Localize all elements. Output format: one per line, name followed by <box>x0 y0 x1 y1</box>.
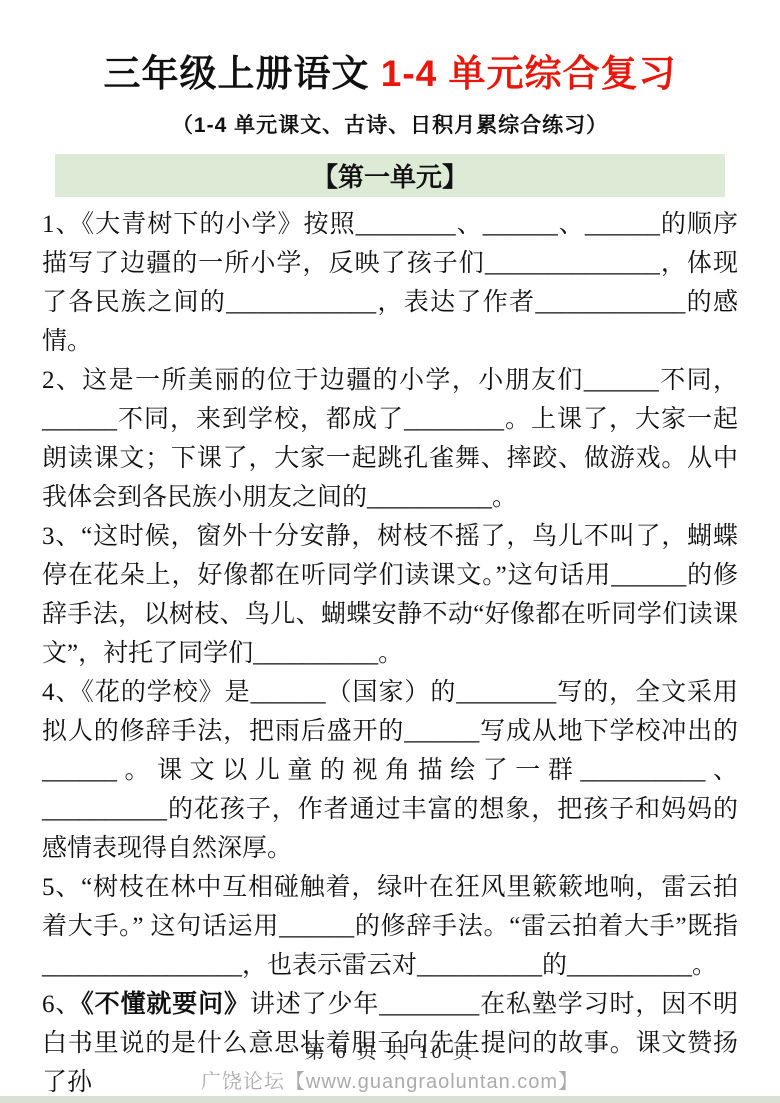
question-2: 2、这是一所美丽的位于边疆的小学，小朋友们______不同，______不同，来… <box>42 361 738 517</box>
unit-banner: 【第一单元】 <box>55 154 725 197</box>
page-subtitle: （1-4 单元课文、古诗、日积月累综合练习） <box>0 109 780 139</box>
question-3: 3、“这时候，窗外十分安静，树枝不摇了，鸟儿不叫了，蝴蝶停在花朵上，好像都在听同… <box>42 517 738 673</box>
page-title: 三年级上册语文 1-4 单元综合复习 <box>0 52 780 96</box>
question-6-book-title: 《不懂就要问》 <box>81 991 250 1018</box>
page-footer: 第 6 页 共 10 页 广饶论坛【www.guangraoluntan.com… <box>0 1035 780 1094</box>
question-4: 4、《花的学校》是______（国家）的________写的，全文采用拟人的修辞… <box>42 673 738 868</box>
page-title-red: 1-4 单元综合复习 <box>381 53 677 94</box>
page-number: 第 6 页 共 10 页 <box>0 1035 780 1064</box>
question-5: 5、“树枝在林中互相碰触着，绿叶在狂风里簌簌地响，雷云拍着大手。” 这句话运用_… <box>42 868 738 985</box>
questions-list: 1、《大青树下的小学》按照________、______、______的顺序描写… <box>0 197 780 1102</box>
bottom-strip-decoration <box>0 1096 780 1103</box>
question-1: 1、《大青树下的小学》按照________、______、______的顺序描写… <box>42 205 738 361</box>
watermark-text: 广饶论坛【www.guangraoluntan.com】 <box>0 1065 780 1094</box>
page-title-black: 三年级上册语文 <box>103 53 380 94</box>
unit-banner-label: 【第一单元】 <box>312 157 468 194</box>
question-6-number: 6、 <box>42 991 81 1018</box>
